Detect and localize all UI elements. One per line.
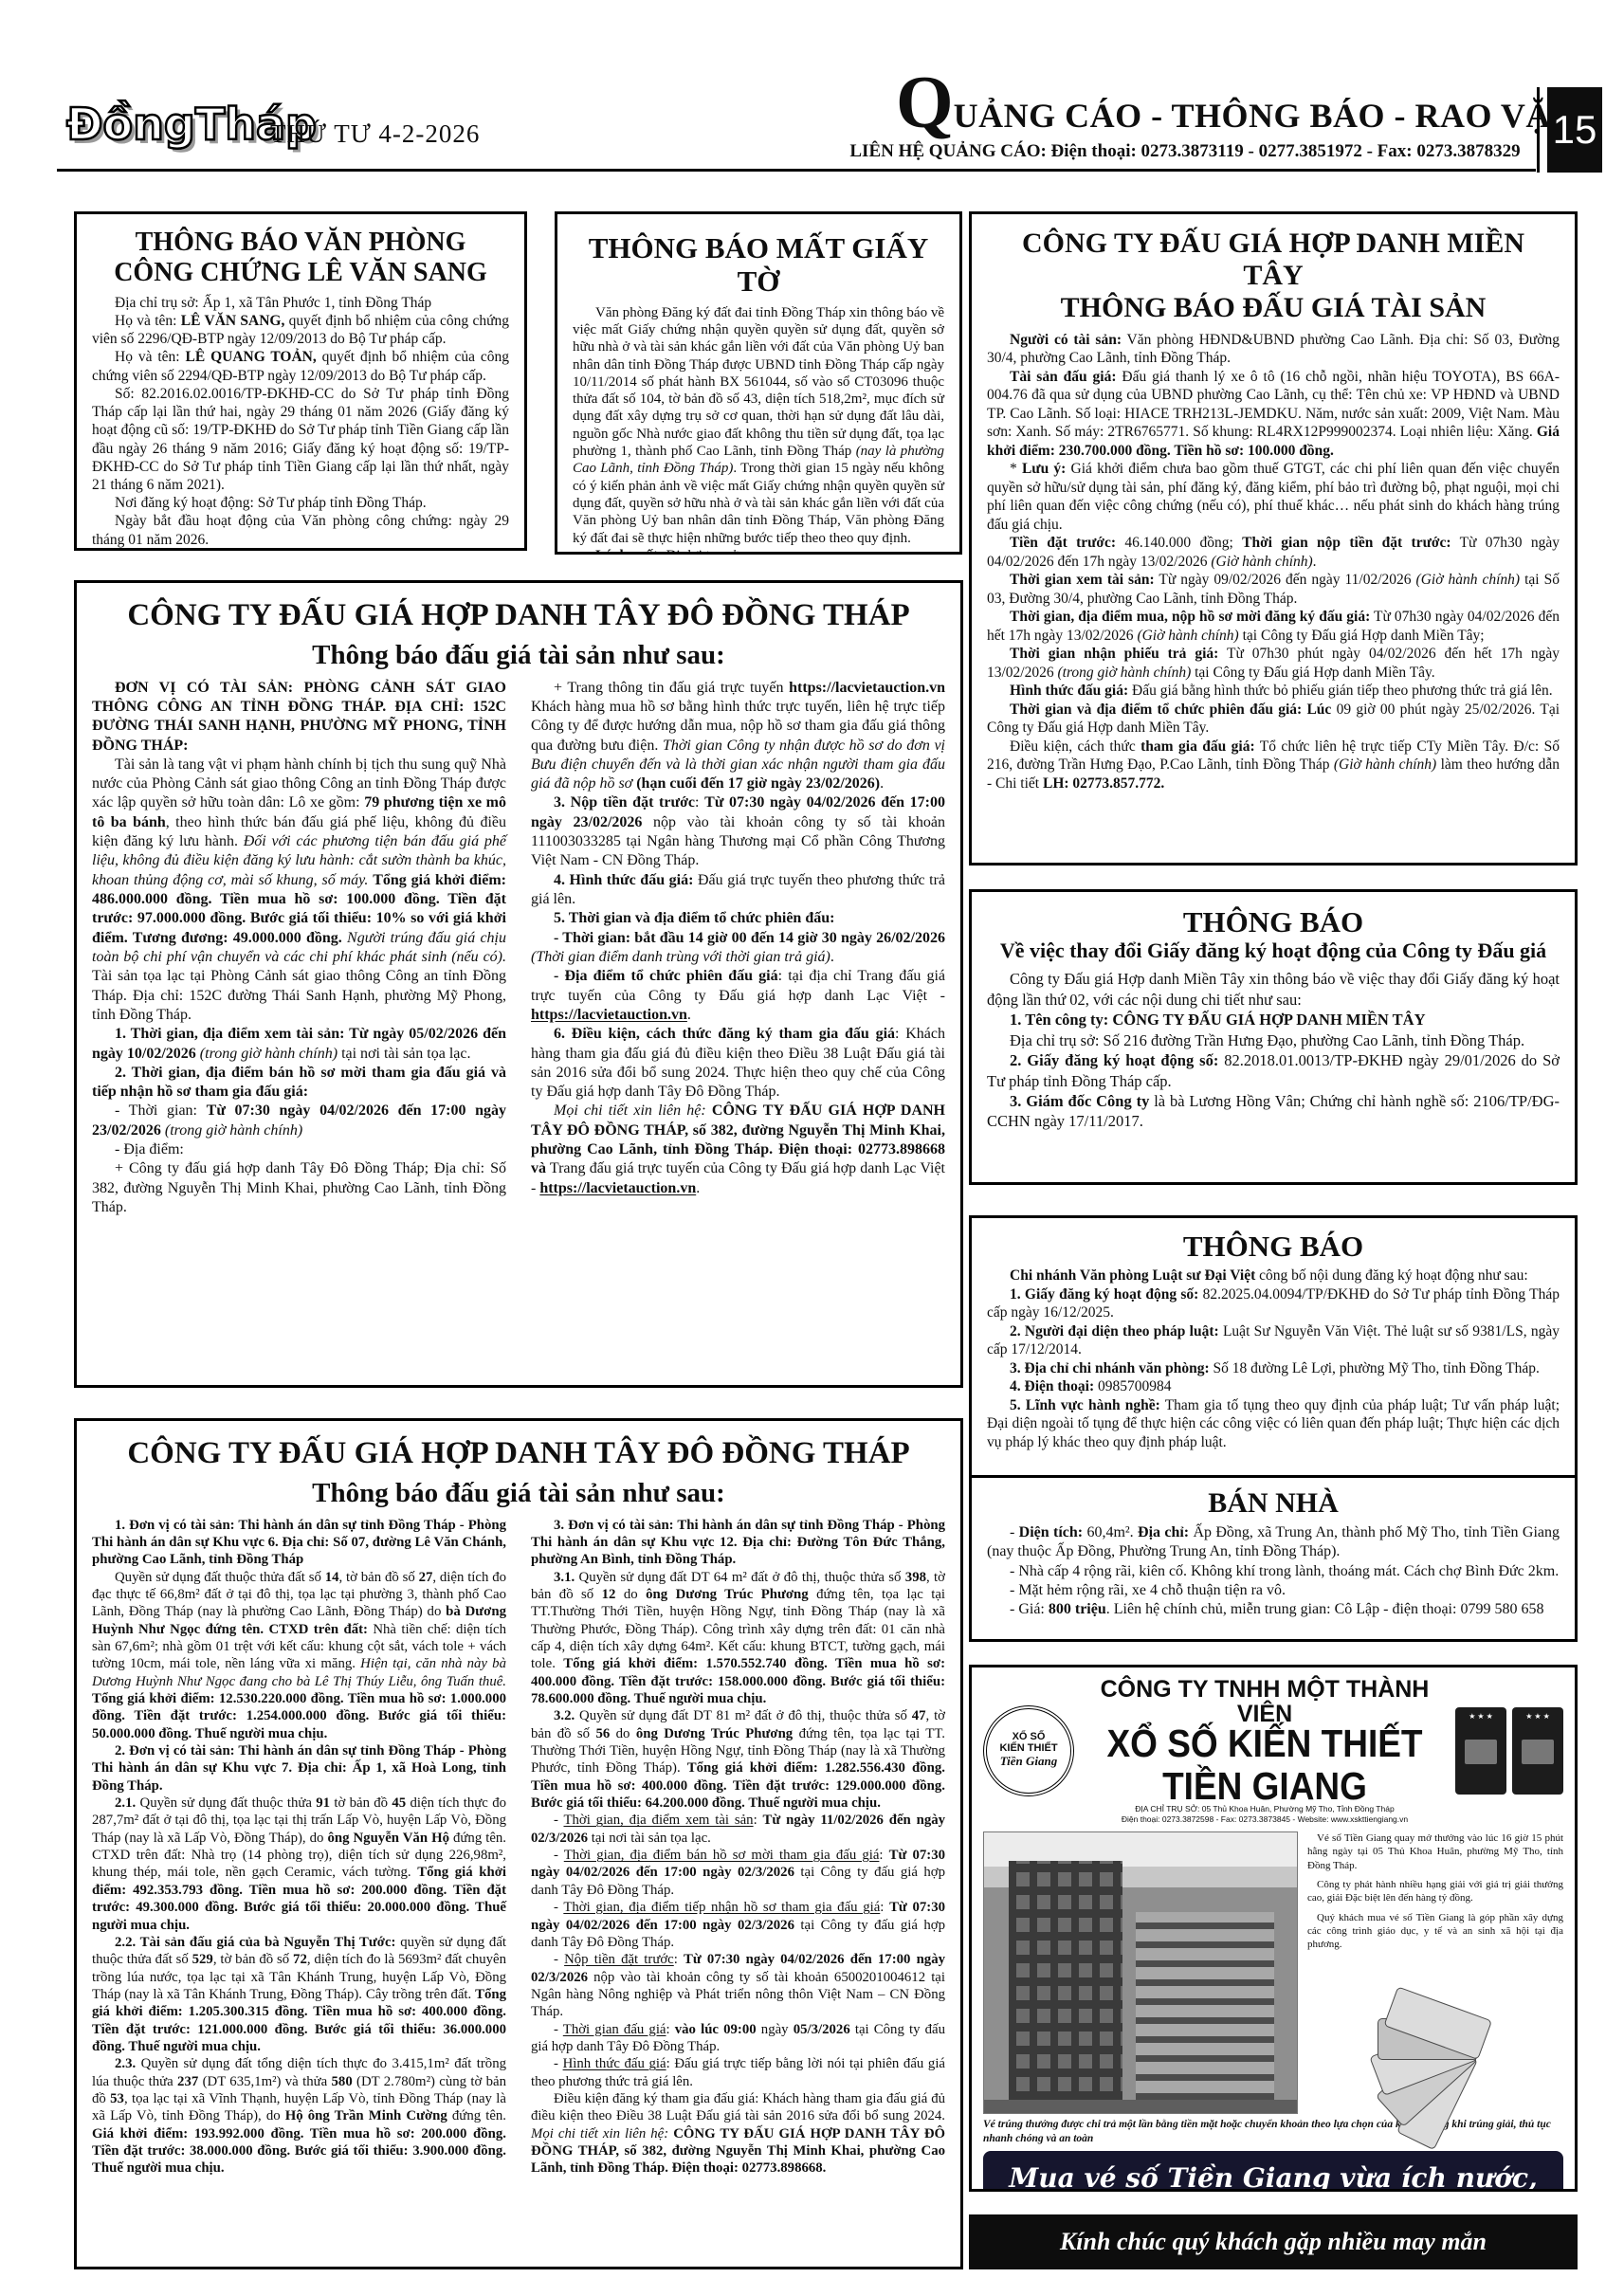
paragraph: 3. Địa chỉ chi nhánh văn phòng: Số 18 đư… bbox=[987, 1359, 1560, 1378]
paragraph: 3. Đơn vị có tài sản: Thi hành án dân sự… bbox=[531, 1517, 945, 1569]
paragraph: Địa chỉ trụ sở: Ấp 1, xã Tân Phước 1, tỉ… bbox=[92, 294, 509, 312]
paragraph: Họ và tên: LÊ VĂN SANG, quyết định bổ nh… bbox=[92, 312, 509, 348]
notice-title: THÔNG BÁO bbox=[991, 905, 1556, 938]
paragraph: Vé số Tiền Giang quay mở thưởng vào lúc … bbox=[1307, 1831, 1563, 1872]
notice-lost-papers: THÔNG BÁO MẤT GIẤY TỜ Văn phòng Đăng ký … bbox=[555, 211, 962, 555]
notice-title: BÁN NHÀ bbox=[987, 1487, 1560, 1520]
notice-registration-change: THÔNG BÁO Về việc thay đổi Giấy đăng ký … bbox=[969, 889, 1578, 1185]
paragraph: - Giá: 800 triệu. Liên hệ chính chủ, miễ… bbox=[987, 1600, 1560, 1619]
paragraph: 3.2. Quyền sử dụng đất DT 81 m² đất ở đô… bbox=[531, 1707, 945, 1812]
two-column-body: ĐƠN VỊ CÓ TÀI SẢN: PHÒNG CẢNH SÁT GIAO T… bbox=[92, 679, 945, 1218]
paragraph: Thời gian xem tài sản: Từ ngày 09/02/202… bbox=[987, 571, 1560, 608]
paragraph: 5. Lĩnh vực hành nghề: Tham gia tố tụng … bbox=[987, 1396, 1560, 1452]
paragraph: 2.3. Quyền sử dụng đất tổng diện tích th… bbox=[92, 2055, 506, 2177]
building-tower bbox=[1009, 1861, 1122, 2100]
notice-title-line2: THÔNG BÁO ĐẤU GIÁ TÀI SẢN bbox=[991, 292, 1556, 324]
company-name-line2: XỔ SỐ KIẾN THIẾT TIỀN GIANG bbox=[1084, 1722, 1446, 1808]
paragraph: - Địa điểm: bbox=[92, 1140, 506, 1159]
paragraph: Quý khách mua vé số Tiền Giang là góp ph… bbox=[1307, 1911, 1563, 1952]
header-rule bbox=[57, 169, 1536, 172]
notice-title-line1: CÔNG TY ĐẤU GIÁ HỢP DANH MIỀN TÂY bbox=[991, 228, 1556, 292]
paragraph: - Hình thức đấu giá: Đấu giá trực tiếp b… bbox=[531, 2055, 945, 2090]
paragraph: 4. Điện thoại: 0985700984 bbox=[987, 1377, 1560, 1396]
paragraph: * Lưu ý: Giá khởi điểm chưa bao gồm thuế… bbox=[987, 460, 1560, 534]
photo-caption: Vé trúng thưởng được chi trả một lần bằn… bbox=[983, 2118, 1563, 2145]
notice-title: THÔNG BÁO MẤT GIẤY TỜ bbox=[576, 231, 940, 299]
notice-title: CÔNG TY ĐẤU GIÁ HỢP DANH MIỀN TÂY THÔNG … bbox=[991, 228, 1556, 325]
notice-auction-mientay: CÔNG TY ĐẤU GIÁ HỢP DANH MIỀN TÂY THÔNG … bbox=[969, 211, 1578, 866]
lottery-logo: XỔ SỐ KIẾN THIẾT Tiền Giang bbox=[983, 1705, 1074, 1796]
paragraph: - Thời gian, địa điểm tiếp nhận hồ sơ th… bbox=[531, 1899, 945, 1951]
paragraph: - Thời gian, địa điểm xem tài sản: Từ ng… bbox=[531, 1812, 945, 1847]
notice-notary-office: THÔNG BÁO VĂN PHÒNG CÔNG CHỨNG LÊ VĂN SA… bbox=[74, 211, 527, 551]
paragraph: + Công ty đấu giá hợp danh Tây Đô Đồng T… bbox=[92, 1159, 506, 1217]
paragraph: Họ và tên: LÊ QUANG TOẢN, quyết định bổ … bbox=[92, 348, 509, 384]
lottery-ad-header: XỔ SỐ KIẾN THIẾT Tiền Giang CÔNG TY TNHH… bbox=[983, 1677, 1563, 1824]
company-name-line1: CÔNG TY TNHH MỘT THÀNH VIÊN bbox=[1084, 1677, 1446, 1727]
lottery-ad: XỔ SỐ KIẾN THIẾT Tiền Giang CÔNG TY TNHH… bbox=[969, 1665, 1578, 2192]
paragraph: + Trang thông tin đấu giá trực tuyến htt… bbox=[531, 679, 945, 794]
paragraph: 3. Nộp tiền đặt trước: Từ 07:30 ngày 04/… bbox=[531, 793, 945, 870]
company-contact: Điện thoại: 0273.3872598 - Fax: 0273.387… bbox=[1084, 1814, 1446, 1825]
paragraph: Thời gian và địa điểm tổ chức phiên đấu … bbox=[987, 701, 1560, 738]
paragraph: 2.1. Quyền sử dụng đất thuộc thửa 91 tờ … bbox=[92, 1795, 506, 1934]
paragraph: Số: 82.2016.02.0016/TP-ĐKHĐ-CC do Sở Tư … bbox=[92, 385, 509, 494]
two-column-body: 1. Đơn vị có tài sản: Thi hành án dân sự… bbox=[92, 1517, 945, 2178]
company-building-photo bbox=[983, 1831, 1298, 2114]
paragraph: Điều kiện, cách thức tham gia đấu giá: T… bbox=[987, 738, 1560, 793]
notice-body: - Diện tích: 60,4m². Địa chỉ: Ấp Đồng, x… bbox=[987, 1523, 1560, 1619]
paragraph: Điều kiện đăng ký tham gia đấu giá: Khác… bbox=[531, 2090, 945, 2178]
lottery-tickets-image bbox=[1455, 1707, 1563, 1795]
wish-banner: Kính chúc quý khách gặp nhiều may mắn bbox=[969, 2214, 1578, 2269]
notice-title: THÔNG BÁO VĂN PHÒNG CÔNG CHỨNG LÊ VĂN SA… bbox=[96, 228, 505, 288]
paragraph: 1. Thời gian, địa điểm xem tài sản: Từ n… bbox=[92, 1025, 506, 1064]
paragraph: Hình thức đấu giá: Đấu giá bằng hình thứ… bbox=[987, 682, 1560, 701]
building-ground bbox=[984, 2100, 1297, 2113]
paragraph: 2.2. Tài sản đấu giá của bà Nguyễn Thị T… bbox=[92, 1934, 506, 2055]
paragraph: 6. Điều kiện, cách thức đăng ký tham gia… bbox=[531, 1025, 945, 1102]
notice-title: CÔNG TY ĐẤU GIÁ HỢP DANH TÂY ĐÔ ĐỒNG THÁ… bbox=[96, 1436, 941, 1472]
paragraph: 3. Giám đốc Công ty là bà Lương Hồng Vân… bbox=[987, 1091, 1560, 1132]
paragraph: Tiền đặt trước: 46.140.000 đồng; Thời gi… bbox=[987, 534, 1560, 571]
lottery-ticket-icon bbox=[1512, 1707, 1563, 1795]
lottery-company-name: CÔNG TY TNHH MỘT THÀNH VIÊN XỔ SỐ KIẾN T… bbox=[1084, 1677, 1446, 1824]
paragraph: Mọi chi tiết xin liên hệ: CÔNG TY ĐẤU GI… bbox=[531, 1102, 945, 1198]
paragraph: - Thời gian: Từ 07:30 ngày 04/02/2026 đế… bbox=[92, 1102, 506, 1140]
issue-date: THỨ TƯ 4-2-2026 bbox=[270, 119, 480, 149]
lottery-info: Vé số Tiền Giang quay mở thưởng vào lúc … bbox=[1307, 1831, 1563, 1957]
paragraph: - Nhà cấp 4 rộng rãi, kiên cố. Không khí… bbox=[987, 1562, 1560, 1581]
paragraph: Thời gian nhận phiếu trả giá: Từ 07h30 p… bbox=[987, 645, 1560, 682]
paragraph: 1. Đơn vị có tài sản: Thi hành án dân sự… bbox=[92, 1517, 506, 1569]
column-left: ĐƠN VỊ CÓ TÀI SẢN: PHÒNG CẢNH SÁT GIAO T… bbox=[92, 679, 506, 1218]
lottery-ad-body: Vé số Tiền Giang quay mở thưởng vào lúc … bbox=[983, 1831, 1563, 2114]
column-right: 3. Đơn vị có tài sản: Thi hành án dân sự… bbox=[531, 1517, 945, 2178]
paragraph: Chi nhánh Văn phòng Luật sư Đại Việt côn… bbox=[987, 1266, 1560, 1285]
paragraph: Ngày bắt đầu hoạt động của Văn phòng côn… bbox=[92, 512, 509, 548]
paragraph: - Thời gian, địa điểm bán hồ sơ mời tham… bbox=[531, 1847, 945, 1899]
paragraph: Văn phòng Đăng ký đất đai tỉnh Đồng Tháp… bbox=[573, 304, 944, 547]
notice-house-for-sale: BÁN NHÀ - Diện tích: 60,4m². Địa chỉ: Ấp… bbox=[969, 1475, 1578, 1642]
paragraph: 2. Đơn vị có tài sản: Thi hành án dân sự… bbox=[92, 1742, 506, 1795]
notice-body: Văn phòng Đăng ký đất đai tỉnh Đồng Tháp… bbox=[573, 304, 944, 555]
paragraph: Thời gian, địa điểm mua, nộp hồ sơ mời đ… bbox=[987, 608, 1560, 645]
paragraph: - Thời gian: bắt đầu 14 giờ 00 đến 14 gi… bbox=[531, 929, 945, 968]
paragraph: - Địa điểm tổ chức phiên đấu giá: tại đị… bbox=[531, 967, 945, 1025]
paragraph: 2. Giấy đăng ký hoạt động số: 82.2018.01… bbox=[987, 1050, 1560, 1091]
notice-body: Chi nhánh Văn phòng Luật sư Đại Việt côn… bbox=[987, 1266, 1560, 1451]
paragraph: - Nộp tiền đặt trước: Từ 07:30 ngày 04/0… bbox=[531, 1951, 945, 2020]
paragraph: - Diện tích: 60,4m². Địa chỉ: Ấp Đồng, x… bbox=[987, 1523, 1560, 1561]
paragraph: 1. Giấy đăng ký hoạt động số: 82.2025.04… bbox=[987, 1285, 1560, 1322]
lottery-logo-text: XỔ SỐ bbox=[1013, 1732, 1046, 1743]
notice-subtitle: Thông báo đấu giá tài sản như sau: bbox=[92, 640, 945, 671]
paragraph: 2. Thời gian, địa điểm bán hồ sơ mời tha… bbox=[92, 1064, 506, 1102]
notice-title: CÔNG TY ĐẤU GIÁ HỢP DANH TÂY ĐÔ ĐỒNG THÁ… bbox=[96, 598, 941, 634]
paragraph: Nơi đăng ký hoạt động: Sở Tư pháp tỉnh Đ… bbox=[92, 494, 509, 512]
lottery-logo-text: KIẾN THIẾT bbox=[999, 1743, 1057, 1755]
column-left: 1. Đơn vị có tài sản: Thi hành án dân sự… bbox=[92, 1517, 506, 2178]
paragraph: Địa chỉ trụ sở: Số 216 đường Trần Hưng Đ… bbox=[987, 1030, 1560, 1050]
paragraph: - Mặt hẻm rộng rãi, xe 4 chỗ thuận tiện … bbox=[987, 1581, 1560, 1600]
notice-title-line2: CÔNG CHỨNG LÊ VĂN SANG bbox=[96, 258, 505, 288]
notice-lawyer-branch: THÔNG BÁO Chi nhánh Văn phòng Luật sư Đạ… bbox=[969, 1215, 1578, 1492]
paragraph: 5. Thời gian và địa điểm tổ chức phiên đ… bbox=[531, 909, 945, 928]
notice-body: Người có tài sản: Văn phòng HĐND&UBND ph… bbox=[987, 331, 1560, 793]
paragraph: Công ty phát hành nhiều hạng giải với gi… bbox=[1307, 1878, 1563, 1905]
money-fan-image bbox=[1307, 1959, 1563, 2066]
newspaper-page: ĐồngTháp THỨ TƯ 4-2-2026 QUẢNG CÁO - THÔ… bbox=[0, 0, 1624, 2296]
advertising-contact: LIÊN HỆ QUẢNG CÁO: Điện thoại: 0273.3873… bbox=[834, 141, 1536, 162]
paragraph: Tài sản đấu giá: Đấu giá thanh lý xe ô t… bbox=[987, 368, 1560, 461]
notice-subtitle: Về việc thay đổi Giấy đăng ký hoạt động … bbox=[987, 938, 1560, 963]
paragraph: Công ty Đấu giá Hợp danh Miền Tây xin th… bbox=[987, 969, 1560, 1010]
lottery-logo-text: Tiền Giang bbox=[1000, 1754, 1058, 1769]
notice-body: Địa chỉ trụ sở: Ấp 1, xã Tân Phước 1, tỉ… bbox=[92, 294, 509, 549]
paragraph: 4. Hình thức đấu giá: Đấu giá trực tuyến… bbox=[531, 871, 945, 910]
paragraph: 3.1. Quyền sử dụng đất DT 64 m² đất ở đô… bbox=[531, 1569, 945, 1708]
paragraph: Quyền sử dụng đất thuộc thửa đất số 14, … bbox=[92, 1569, 506, 1742]
section-title-initial: Q bbox=[896, 74, 954, 132]
paragraph: - Thời gian đấu giá: vào lúc 09:00 ngày … bbox=[531, 2021, 945, 2056]
notice-subtitle: Thông báo đấu giá tài sản như sau: bbox=[92, 1478, 945, 1509]
lottery-slogan-banner: Mua vé số Tiền Giang vừa ích nước, vừa l… bbox=[983, 2151, 1563, 2192]
column-right: + Trang thông tin đấu giá trực tuyến htt… bbox=[531, 679, 945, 1218]
paragraph: Lý do mất: Di dơi trụ sở. bbox=[573, 547, 944, 555]
paragraph: 1. Tên công ty: CÔNG TY ĐẤU GIÁ HỢP DANH… bbox=[987, 1010, 1560, 1030]
notice-auction-taydo-1: CÔNG TY ĐẤU GIÁ HỢP DANH TÂY ĐÔ ĐỒNG THÁ… bbox=[74, 580, 963, 1388]
building-wing bbox=[1136, 1912, 1274, 2100]
page-number: 15 bbox=[1547, 87, 1602, 173]
notice-title-line1: THÔNG BÁO VĂN PHÒNG bbox=[96, 228, 505, 258]
paragraph: Người có tài sản: Văn phòng HĐND&UBND ph… bbox=[987, 331, 1560, 368]
notice-auction-taydo-2: CÔNG TY ĐẤU GIÁ HỢP DANH TÂY ĐÔ ĐỒNG THÁ… bbox=[74, 1418, 963, 2269]
section-title: QUẢNG CÁO - THÔNG BÁO - RAO VẶT bbox=[896, 74, 1574, 136]
notice-title: THÔNG BÁO bbox=[987, 1230, 1560, 1263]
paragraph: 2. Người đại diện theo pháp luật: Luật S… bbox=[987, 1322, 1560, 1359]
lottery-side-text: Vé số Tiền Giang quay mở thưởng vào lúc … bbox=[1307, 1831, 1563, 2114]
paragraph: Tài sản là tang vật vi phạm hành chính b… bbox=[92, 756, 506, 1025]
section-title-text: UẢNG CÁO - THÔNG BÁO - RAO VẶT bbox=[954, 96, 1575, 136]
notice-body: Công ty Đấu giá Hợp danh Miền Tây xin th… bbox=[987, 969, 1560, 1132]
lottery-ticket-icon bbox=[1455, 1707, 1506, 1795]
header-divider bbox=[1537, 87, 1540, 173]
paragraph: ĐƠN VỊ CÓ TÀI SẢN: PHÒNG CẢNH SÁT GIAO T… bbox=[92, 679, 506, 756]
